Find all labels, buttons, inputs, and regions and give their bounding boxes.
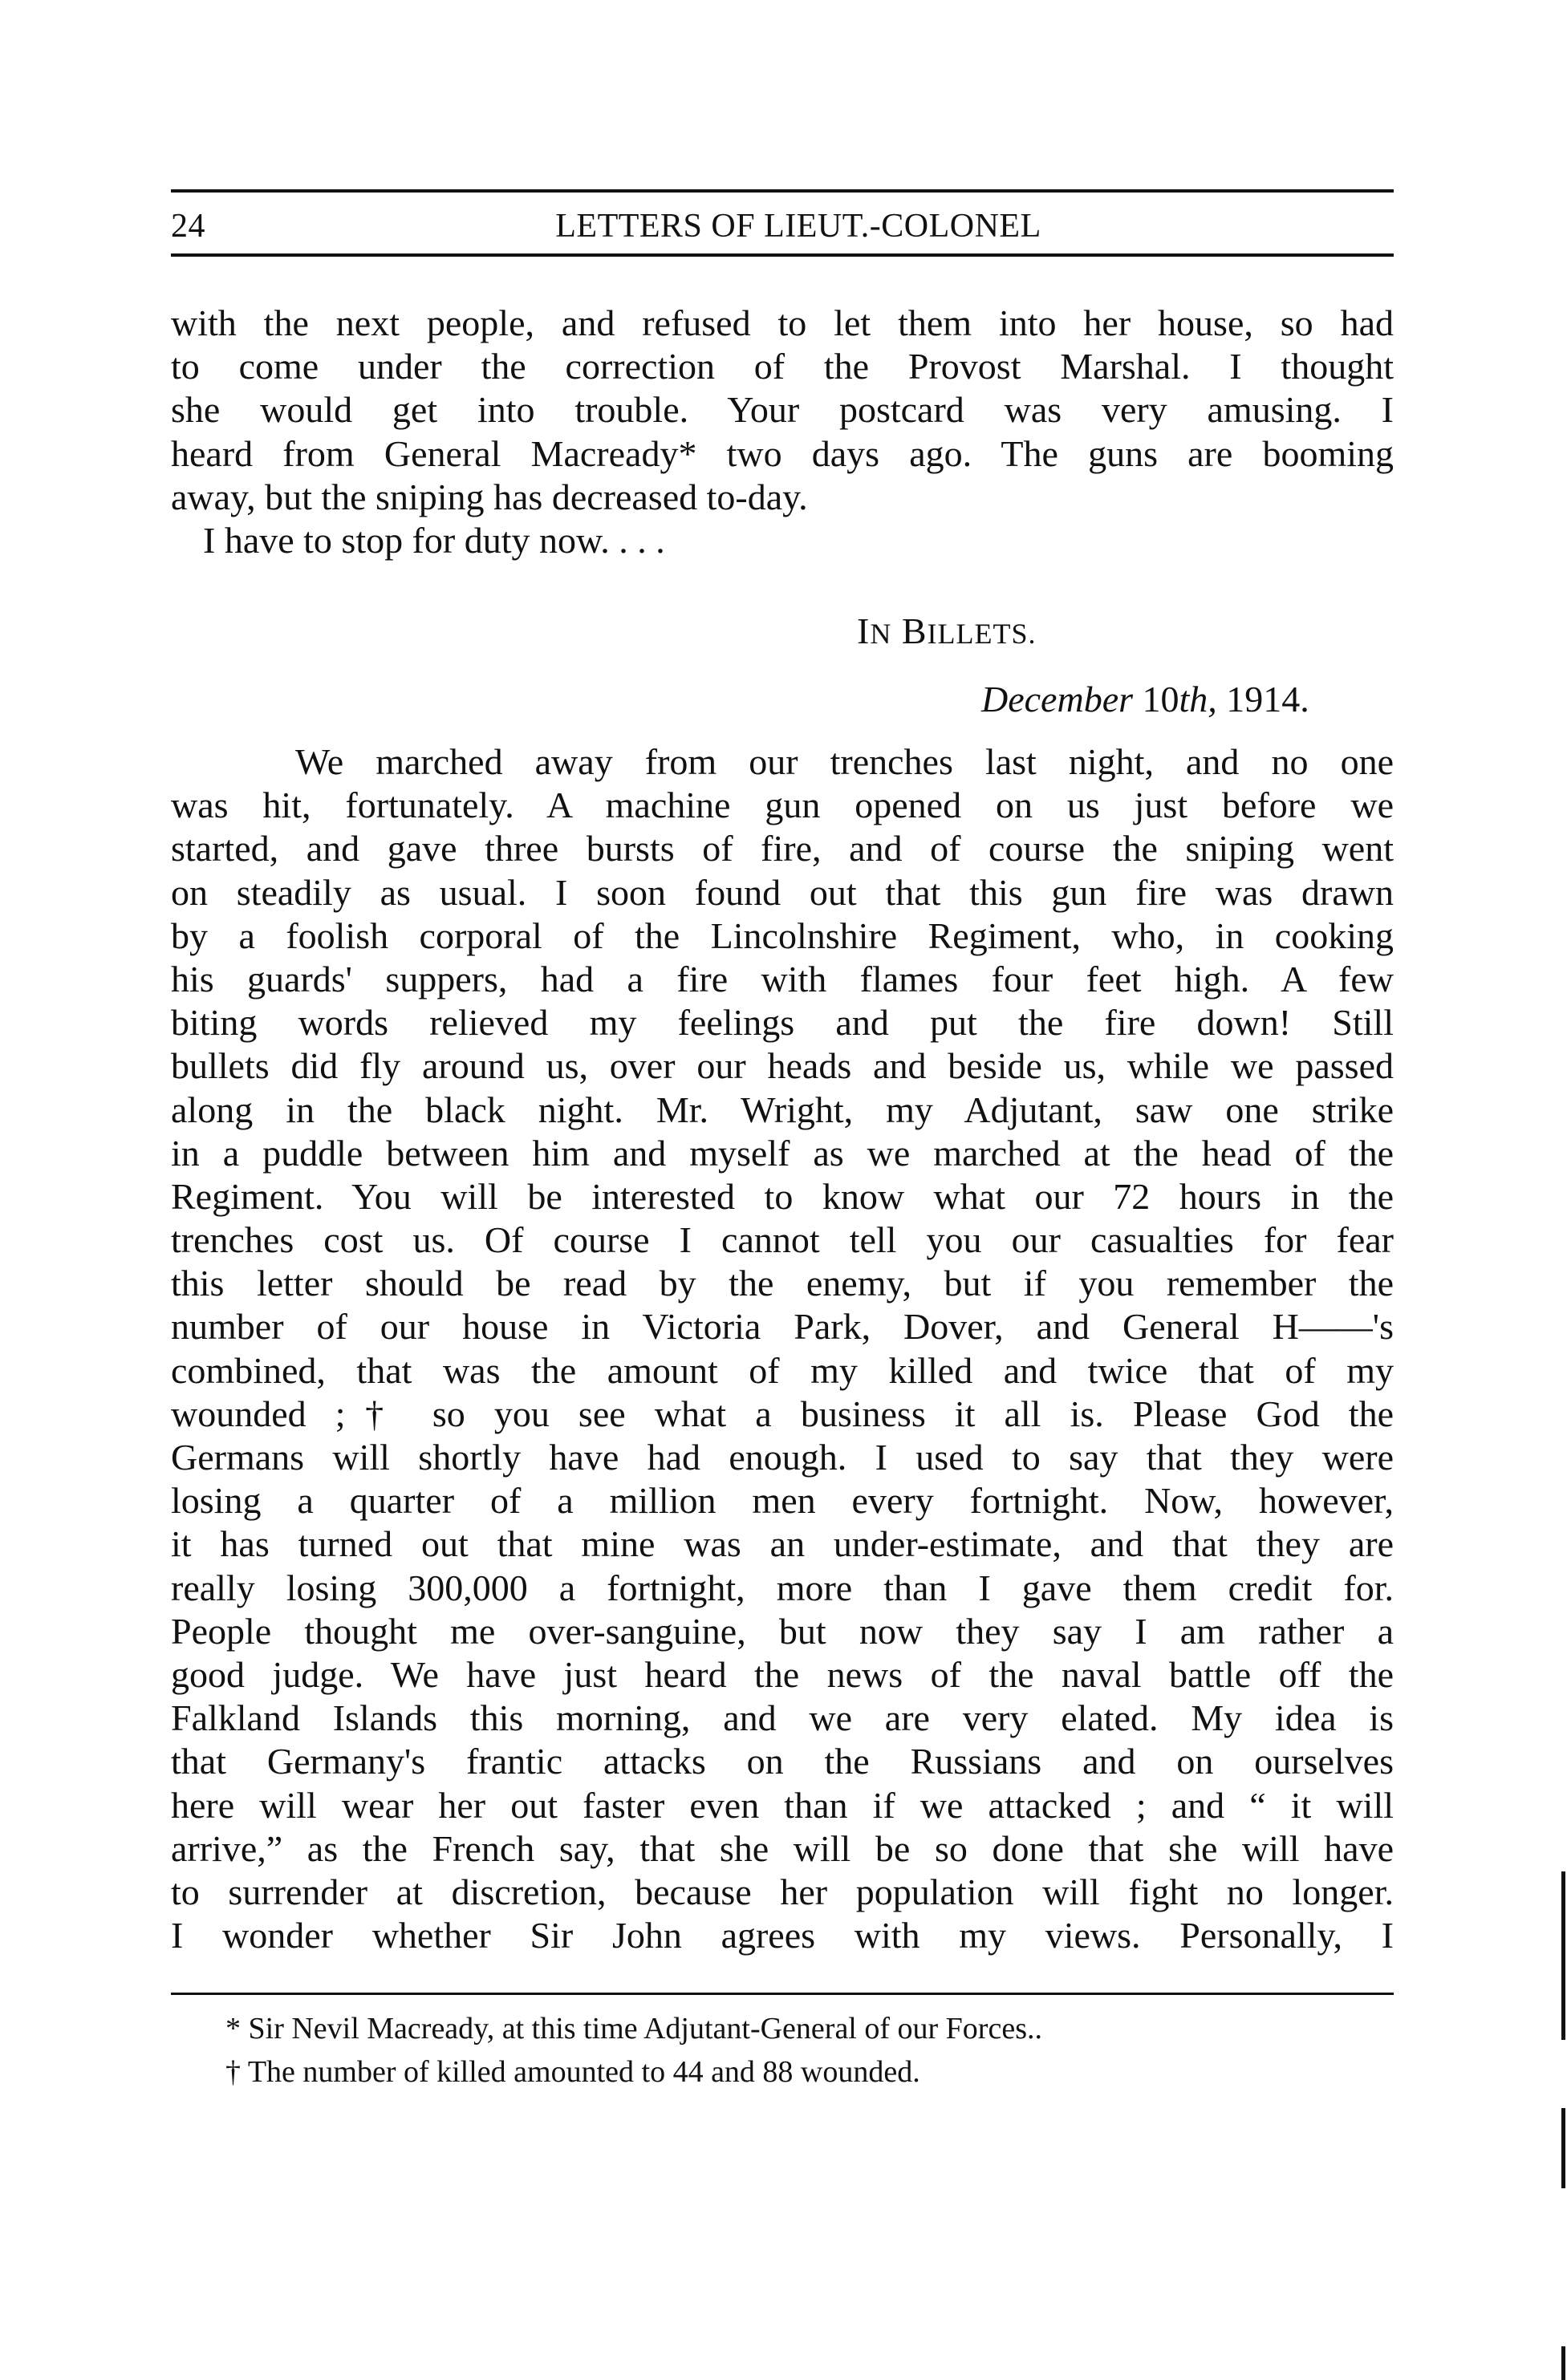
text-line: combined, that was the amount of my kill…	[171, 1349, 1394, 1393]
text-line: this letter should be read by the enemy,…	[171, 1262, 1394, 1305]
text-line: We marched away from our trenches last n…	[171, 740, 1394, 784]
footnote-rule	[171, 1993, 1394, 1995]
text-line: number of our house in Victoria Park, Do…	[171, 1305, 1394, 1348]
text-line: heard from General Macready* two days ag…	[171, 432, 1394, 476]
date-day: 10	[1143, 679, 1179, 720]
text-line: on steadily as usual. I soon found out t…	[171, 871, 1394, 914]
text-line: Germans will shortly have had enough. I …	[171, 1436, 1394, 1479]
text-line: along in the black night. Mr. Wright, my…	[171, 1089, 1394, 1132]
text-line: wounded ;† so you see what a business it…	[171, 1393, 1394, 1436]
scan-edge-mark	[1561, 1871, 1565, 2040]
place-smallcaps: ILLETS.	[928, 618, 1037, 650]
footnotes: * Sir Nevil Macready, at this time Adjut…	[225, 2007, 1042, 2094]
footnote-asterisk: * Sir Nevil Macready, at this time Adjut…	[225, 2007, 1042, 2050]
text-line: Falkland Islands this morning, and we ar…	[171, 1697, 1394, 1740]
header-top-rule	[171, 189, 1394, 193]
text-line: I wonder whether Sir John agrees with my…	[171, 1914, 1394, 1957]
continued-paragraph: with the next people, and refused to let…	[171, 302, 1394, 562]
text-line: was hit, fortunately. A machine gun open…	[171, 784, 1394, 827]
text-line: People thought me over-sanguine, but now…	[171, 1610, 1394, 1653]
text-line: Regiment. You will be interested to know…	[171, 1175, 1394, 1218]
letter-body: We marched away from our trenches last n…	[171, 740, 1394, 1957]
text-line: to come under the correction of the Prov…	[171, 345, 1394, 388]
scan-edge-mark	[1561, 2346, 1565, 2380]
date-year: 1914.	[1226, 679, 1309, 720]
footnote-dagger: † The number of killed amounted to 44 an…	[225, 2050, 1042, 2094]
text-line: with the next people, and refused to let…	[171, 302, 1394, 345]
date-suffix: th,	[1179, 679, 1217, 720]
text-line: started, and gave three bursts of fire, …	[171, 827, 1394, 870]
text-line: I have to stop for duty now. . . .	[171, 519, 1394, 562]
place-initial: B	[902, 610, 928, 651]
text-line: losing a quarter of a million men every …	[171, 1479, 1394, 1522]
text-line: trenches cost us. Of course I cannot tel…	[171, 1218, 1394, 1262]
place-initial: I	[857, 610, 870, 651]
letter-date: December 10th, 1914.	[981, 678, 1567, 720]
letter-place-heading: IN BILLETS.	[857, 610, 1567, 652]
text-line: she would get into trouble. Your postcar…	[171, 388, 1394, 432]
text-line: away, but the sniping has decreased to-d…	[171, 476, 1394, 519]
text-line: his guards' suppers, had a fire with fla…	[171, 958, 1394, 1001]
text-line: good judge. We have just heard the news …	[171, 1653, 1394, 1697]
text-line: by a foolish corporal of the Lincolnshir…	[171, 914, 1394, 958]
text-line: it has turned out that mine was an under…	[171, 1522, 1394, 1566]
text-line: bullets did fly around us, over our head…	[171, 1044, 1394, 1088]
running-head: 24 LETTERS OF LIEUT.-COLONEL	[171, 204, 1394, 249]
scan-edge-mark	[1561, 2108, 1565, 2188]
text-line: arrive,” as the French say, that she wil…	[171, 1827, 1394, 1871]
text-line: really losing 300,000 a fortnight, more …	[171, 1567, 1394, 1610]
text-line: in a puddle between him and myself as we…	[171, 1132, 1394, 1175]
text-line: here will wear her out faster even than …	[171, 1784, 1394, 1827]
running-title: LETTERS OF LIEUT.-COLONEL	[171, 204, 1394, 249]
place-smallcaps: N	[870, 618, 891, 650]
text-line: to surrender at discretion, because her …	[171, 1871, 1394, 1914]
header-bottom-rule	[171, 253, 1394, 257]
text-line: biting words relieved my feelings and pu…	[171, 1001, 1394, 1044]
date-month: December	[981, 679, 1133, 720]
text-line: that Germany's frantic attacks on the Ru…	[171, 1740, 1394, 1783]
